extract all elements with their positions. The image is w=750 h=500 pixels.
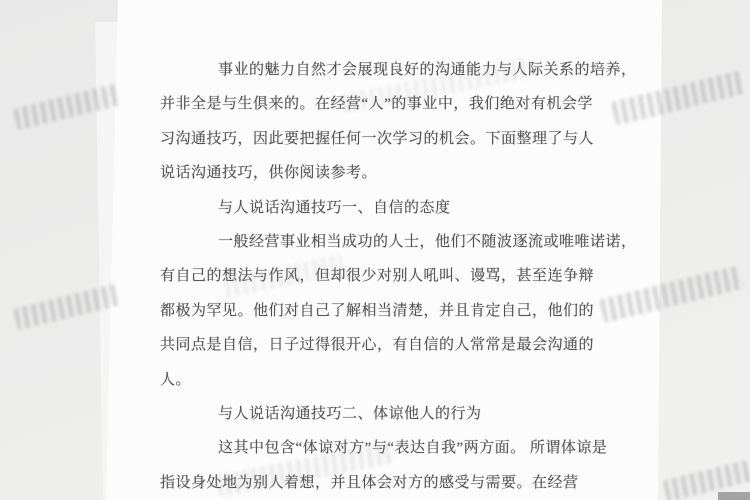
document-line: 都极为罕见。他们对自己了解相当清楚，并且肯定自己，他们的	[160, 294, 660, 328]
document-line: 一般经营事业相当成功的人士，他们不随波逐流或唯唯诺诺，	[160, 225, 660, 259]
document-scan-scene: 事业的魅力自然才会展现良好的沟通能力与人际关系的培养， 并非全是与生俱来的。在经…	[0, 0, 750, 500]
document-line: 说话沟通技巧，供你阅读参考。	[160, 156, 660, 190]
document-heading-line: 与人说话沟通技巧一、自信的态度	[160, 191, 660, 225]
paper-sheet-front: 事业的魅力自然才会展现良好的沟通能力与人际关系的培养， 并非全是与生俱来的。在经…	[106, 0, 662, 500]
document-line: 这其中包含“体谅对方”与“表达自我”两方面。 所谓体谅是	[160, 431, 660, 465]
document-line: 共同点是自信，日子过得很开心，有自信的人常常是最会沟通的	[160, 328, 660, 362]
document-line: 习沟通技巧，因此要把握任何一次学习的机会。下面整理了与人	[160, 122, 660, 156]
document-line: 人。	[160, 363, 660, 397]
document-heading-line: 与人说话沟通技巧二、体谅他人的行为	[160, 397, 660, 431]
bottom-right-gray-bar	[718, 492, 750, 500]
